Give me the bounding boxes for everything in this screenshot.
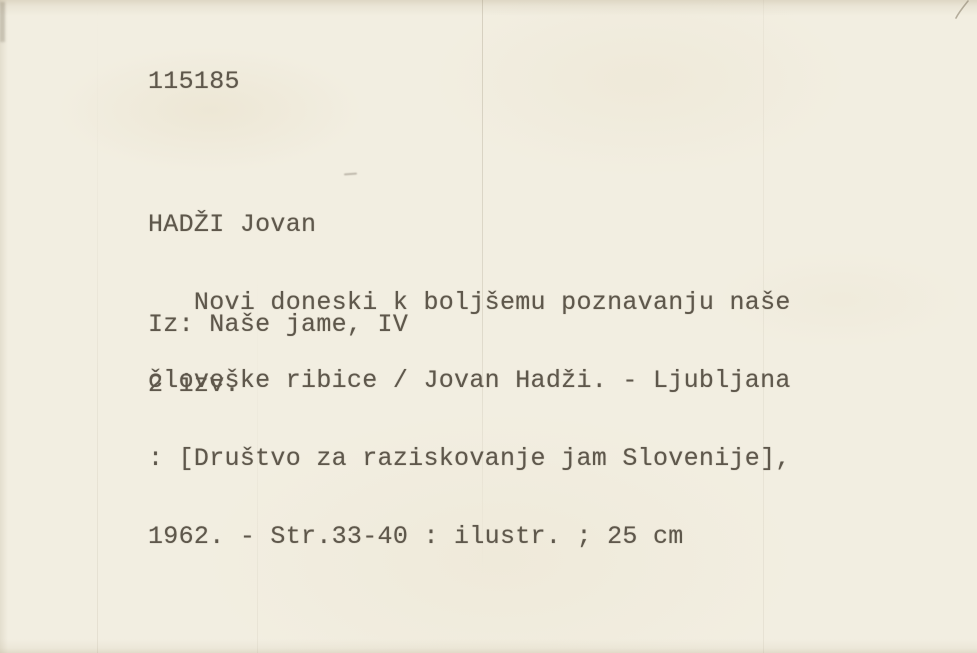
paper-crease <box>97 0 98 653</box>
catalog-card: 115185 HADŽI Jovan Novi doneski k boljše… <box>0 0 977 653</box>
description-line: : [Društvo za raziskovanje jam Slovenije… <box>148 446 791 472</box>
source-note: Iz: Naše jame, IV <box>148 312 408 338</box>
pen-mark <box>944 0 974 24</box>
corner-shadow <box>0 2 5 42</box>
bibliographic-entry: HADŽI Jovan Novi doneski k boljšemu pozn… <box>148 160 791 602</box>
description-line: 1962. - Str.33-40 : ilustr. ; 25 cm <box>148 524 791 550</box>
call-number: 115185 <box>148 69 240 95</box>
description-line: človeške ribice / Jovan Hadži. - Ljublja… <box>148 368 791 394</box>
main-entry-heading: HADŽI Jovan <box>148 212 791 238</box>
copies-note: 2 izv. <box>148 372 240 398</box>
